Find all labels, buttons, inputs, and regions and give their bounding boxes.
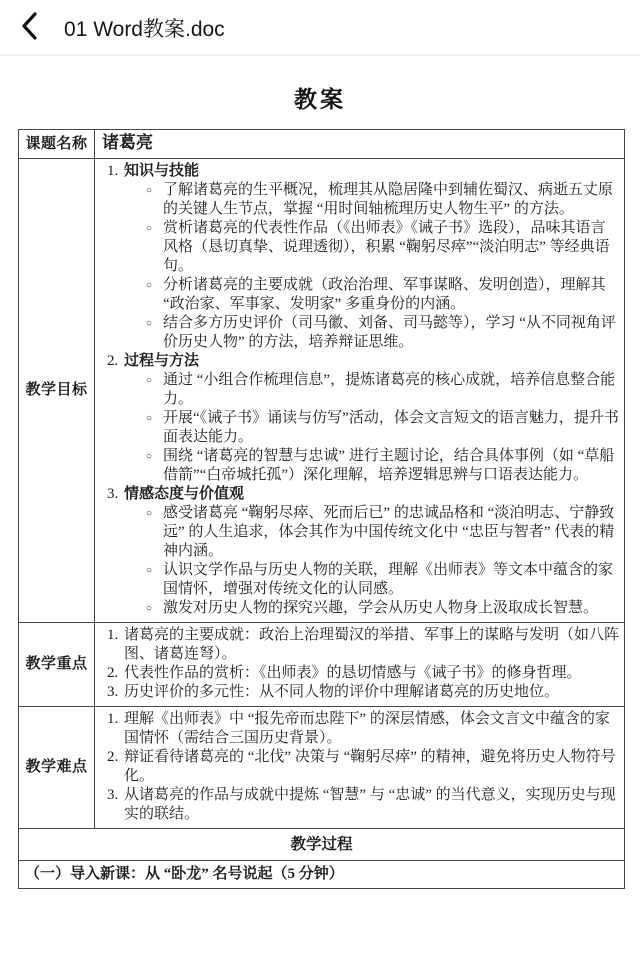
bullet-text: 结合多方历史评价（司马徽、刘备、司马懿等），学习 “从不同视角评价历史人物” 的… (163, 314, 619, 352)
item-line: 1.诸葛亮的主要成就：政治上治理蜀汉的举措、军事上的谋略与发明（如八阵图、诸葛连… (102, 626, 619, 664)
bullet-line: ○赏析诸葛亮的代表性作品（《出师表》《诫子书》选段），品味其语言风格（恳切真挚、… (102, 219, 619, 276)
row-content: 诸葛亮 (95, 130, 625, 159)
bullet-line: ○通过 “小组合作梳理信息”，提炼诸葛亮的核心成就，培养信息整合能力。 (102, 371, 619, 409)
section-line: 1.知识与技能 (102, 162, 619, 181)
circle-bullet-icon: ○ (142, 561, 156, 580)
bullet-text: 认识文学作品与历史人物的关联，理解《出师表》等文本中蕴含的家国情怀，增强对传统文… (163, 561, 619, 599)
item-line: 3.从诸葛亮的作品与成就中提炼 “智慧” 与 “忠诚” 的当代意义，实现历史与现… (102, 786, 619, 824)
list-number: 3. (107, 683, 124, 702)
bullet-line: ○激发对历史人物的探究兴趣，学会从历史人物身上汲取成长智慧。 (102, 599, 619, 618)
bullet-text: 了解诸葛亮的生平概况，梳理其从隐居隆中到辅佐蜀汉、病逝五丈原的关键人生节点，掌握… (163, 181, 619, 219)
back-button[interactable] (20, 11, 50, 45)
table-row: 教学目标1.知识与技能○了解诸葛亮的生平概况，梳理其从隐居隆中到辅佐蜀汉、病逝五… (19, 159, 625, 623)
list-number: 1. (107, 162, 124, 181)
list-number: 2. (107, 352, 124, 371)
bullet-line: ○感受诸葛亮 “鞠躬尽瘁、死而后已” 的忠诚品格和 “淡泊明志、宁静致远” 的人… (102, 504, 619, 561)
circle-bullet-icon: ○ (142, 219, 156, 238)
section-heading: 知识与技能 (124, 162, 619, 181)
bullet-text: 感受诸葛亮 “鞠躬尽瘁、死而后已” 的忠诚品格和 “淡泊明志、宁静致远” 的人生… (163, 504, 619, 561)
row-label: 课题名称 (19, 130, 95, 159)
circle-bullet-icon: ○ (142, 504, 156, 523)
item-text: 诸葛亮的主要成就：政治上治理蜀汉的举措、军事上的谋略与发明（如八阵图、诸葛连弩）… (124, 626, 619, 664)
circle-bullet-icon: ○ (142, 447, 156, 466)
table-row: （一）导入新课：从 “卧龙” 名号说起（5 分钟） (19, 861, 625, 889)
list-number: 1. (107, 626, 124, 645)
item-line: 2.代表性作品的赏析：《出师表》的恳切情感与《诫子书》的修身哲理。 (102, 664, 619, 683)
row-content: 1.知识与技能○了解诸葛亮的生平概况，梳理其从隐居隆中到辅佐蜀汉、病逝五丈原的关… (95, 159, 625, 623)
row-content: 1.诸葛亮的主要成就：政治上治理蜀汉的举措、军事上的谋略与发明（如八阵图、诸葛连… (95, 623, 625, 707)
nav-bar: 01 Word教案.doc (0, 0, 640, 56)
circle-bullet-icon: ○ (142, 599, 156, 618)
circle-bullet-icon: ○ (142, 371, 156, 390)
row-content: 1.理解《出师表》中 “报先帝而忠陛下” 的深层情感，体会文言文中蕴含的家国情怀… (95, 707, 625, 829)
item-text: 代表性作品的赏析：《出师表》的恳切情感与《诫子书》的修身哲理。 (124, 664, 619, 683)
section-heading: 过程与方法 (124, 352, 619, 371)
process-header-cell: 教学过程 (19, 829, 625, 861)
bullet-text: 激发对历史人物的探究兴趣，学会从历史人物身上汲取成长智慧。 (163, 599, 619, 618)
process-step-cell: （一）导入新课：从 “卧龙” 名号说起（5 分钟） (19, 861, 625, 889)
bullet-line: ○开展“《诫子书》诵读与仿写”活动，体会文言短文的语言魅力，提升书面表达能力。 (102, 409, 619, 447)
bullet-line: ○了解诸葛亮的生平概况，梳理其从隐居隆中到辅佐蜀汉、病逝五丈原的关键人生节点，掌… (102, 181, 619, 219)
item-line: 1.理解《出师表》中 “报先帝而忠陛下” 的深层情感，体会文言文中蕴含的家国情怀… (102, 710, 619, 748)
circle-bullet-icon: ○ (142, 181, 156, 200)
item-text: 历史评价的多元性：从不同人物的评价中理解诸葛亮的历史地位。 (124, 683, 619, 702)
row-label: 教学难点 (19, 707, 95, 829)
item-line: 3.历史评价的多元性：从不同人物的评价中理解诸葛亮的历史地位。 (102, 683, 619, 702)
row-label: 教学目标 (19, 159, 95, 623)
item-text: 理解《出师表》中 “报先帝而忠陛下” 的深层情感，体会文言文中蕴含的家国情怀（需… (124, 710, 619, 748)
bullet-text: 通过 “小组合作梳理信息”，提炼诸葛亮的核心成就，培养信息整合能力。 (163, 371, 619, 409)
list-number: 3. (107, 786, 124, 805)
bullet-line: ○分析诸葛亮的主要成就（政治治理、军事谋略、发明创造），理解其 “政治家、军事家… (102, 276, 619, 314)
bullet-text: 分析诸葛亮的主要成就（政治治理、军事谋略、发明创造），理解其 “政治家、军事家、… (163, 276, 619, 314)
list-number: 3. (107, 485, 124, 504)
item-text: 辩证看待诸葛亮的 “北伐” 决策与 “鞠躬尽瘁” 的精神，避免将历史人物符号化。 (124, 748, 619, 786)
section-heading: 情感态度与价值观 (124, 485, 619, 504)
document-page: 教案 课题名称诸葛亮教学目标1.知识与技能○了解诸葛亮的生平概况，梳理其从隐居隆… (0, 81, 640, 909)
row-label: 教学重点 (19, 623, 95, 707)
item-line: 2.辩证看待诸葛亮的 “北伐” 决策与 “鞠躬尽瘁” 的精神，避免将历史人物符号… (102, 748, 619, 786)
list-number: 2. (107, 664, 124, 683)
list-number: 1. (107, 710, 124, 729)
document-viewer-app: 01 Word教案.doc 教案 课题名称诸葛亮教学目标1.知识与技能○了解诸葛… (0, 0, 640, 909)
bullet-line: ○认识文学作品与历史人物的关联，理解《出师表》等文本中蕴含的家国情怀，增强对传统… (102, 561, 619, 599)
lesson-table: 课题名称诸葛亮教学目标1.知识与技能○了解诸葛亮的生平概况，梳理其从隐居隆中到辅… (18, 129, 625, 889)
chevron-left-icon (20, 11, 40, 46)
table-row: 教学难点1.理解《出师表》中 “报先帝而忠陛下” 的深层情感，体会文言文中蕴含的… (19, 707, 625, 829)
bullet-line: ○围绕 “诸葛亮的智慧与忠诚” 进行主题讨论，结合具体事例（如 “草船借箭”“白… (102, 447, 619, 485)
bullet-text: 围绕 “诸葛亮的智慧与忠诚” 进行主题讨论，结合具体事例（如 “草船借箭”“白帝… (163, 447, 619, 485)
section-line: 3.情感态度与价值观 (102, 485, 619, 504)
bullet-text: 赏析诸葛亮的代表性作品（《出师表》《诫子书》选段），品味其语言风格（恳切真挚、说… (163, 219, 619, 276)
table-row: 课题名称诸葛亮 (19, 130, 625, 159)
lesson-table-body: 课题名称诸葛亮教学目标1.知识与技能○了解诸葛亮的生平概况，梳理其从隐居隆中到辅… (19, 130, 625, 889)
item-text: 从诸葛亮的作品与成就中提炼 “智慧” 与 “忠诚” 的当代意义，实现历史与现实的… (124, 786, 619, 824)
document-title: 01 Word教案.doc (64, 13, 225, 43)
section-line: 2.过程与方法 (102, 352, 619, 371)
page-title: 教案 (0, 81, 640, 114)
circle-bullet-icon: ○ (142, 314, 156, 333)
list-number: 2. (107, 748, 124, 767)
circle-bullet-icon: ○ (142, 409, 156, 428)
lesson-subject: 诸葛亮 (102, 133, 153, 152)
bullet-line: ○结合多方历史评价（司马徽、刘备、司马懿等），学习 “从不同视角评价历史人物” … (102, 314, 619, 352)
table-row: 教学重点1.诸葛亮的主要成就：政治上治理蜀汉的举措、军事上的谋略与发明（如八阵图… (19, 623, 625, 707)
table-row: 教学过程 (19, 829, 625, 861)
circle-bullet-icon: ○ (142, 276, 156, 295)
bullet-text: 开展“《诫子书》诵读与仿写”活动，体会文言短文的语言魅力，提升书面表达能力。 (163, 409, 619, 447)
